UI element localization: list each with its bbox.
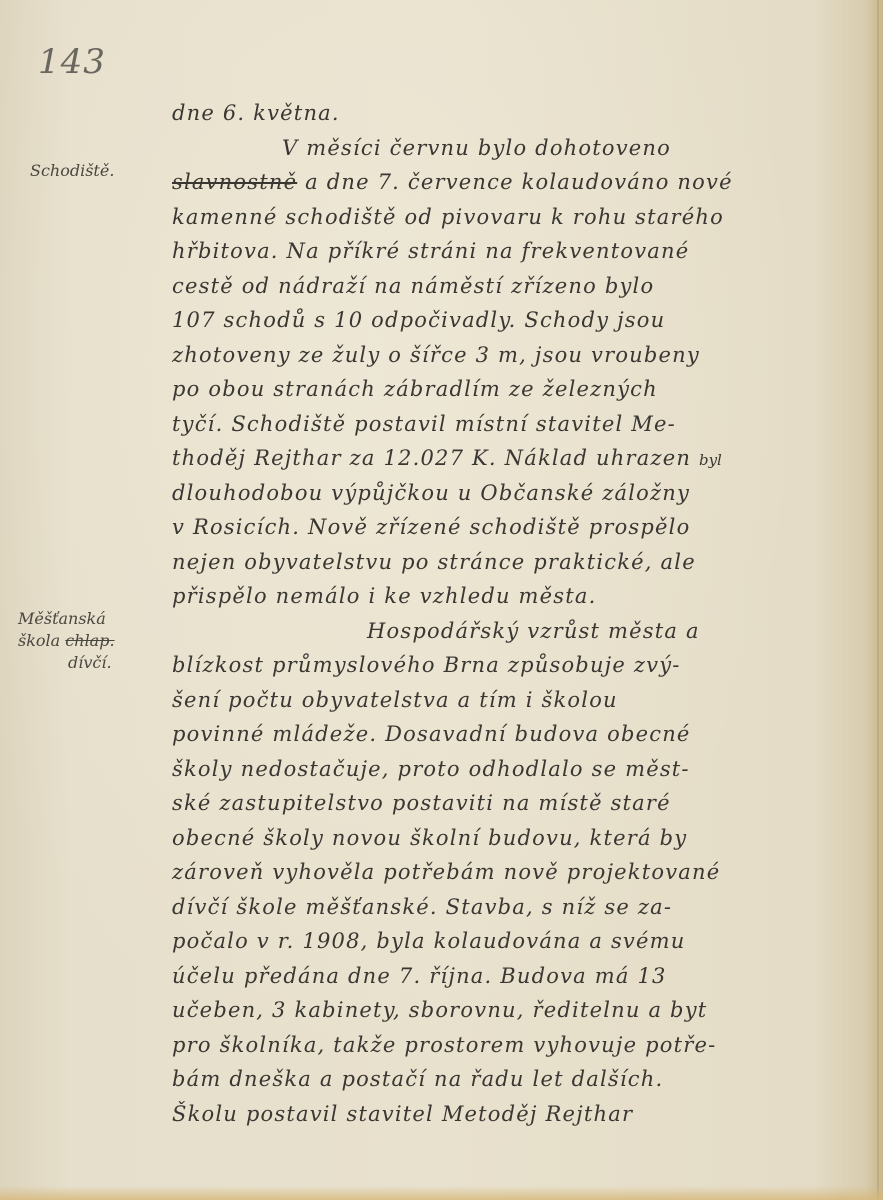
text-line: učeben, 3 kabinety, sborovnu, ředitelnu …	[172, 993, 852, 1028]
text-line: dne 6. května.	[172, 96, 852, 131]
page-edge	[877, 0, 879, 1200]
text-line: slavnostně a dne 7. července kolaudováno…	[172, 165, 852, 200]
struck-word: slavnostně	[172, 170, 297, 194]
text-line: zároveň vyhověla potřebám nově projektov…	[172, 855, 852, 890]
overflow-word: byl	[699, 451, 722, 469]
margin-note-line: Schodiště.	[30, 160, 114, 182]
text-line: školy nedostačuje, proto odhodlalo se mě…	[172, 752, 852, 787]
text-line: V měsíci červnu bylo dohotoveno	[172, 131, 852, 166]
text-line: bám dneška a postačí na řadu let dalších…	[172, 1062, 852, 1097]
margin-note-line: dívčí.	[18, 652, 115, 674]
text-line: hřbitova. Na příkré stráni na frekventov…	[172, 234, 852, 269]
text-line: nejen obyvatelstvu po stránce praktické,…	[172, 545, 852, 580]
text-line: povinné mládeže. Dosavadní budova obecné	[172, 717, 852, 752]
margin-note-line: Měšťanská	[18, 608, 115, 630]
margin-note-staircase: Schodiště.	[30, 160, 114, 182]
text-line: počalo v r. 1908, byla kolaudována a své…	[172, 924, 852, 959]
text-line: Hospodářský vzrůst města a	[172, 614, 852, 649]
text-line: v Rosicích. Nově zřízené schodiště prosp…	[172, 510, 852, 545]
text-line: pro školníka, takže prostorem vyhovuje p…	[172, 1028, 852, 1063]
text-line: účelu předána dne 7. října. Budova má 13	[172, 959, 852, 994]
text-line: zhotoveny ze žuly o šířce 3 m, jsou vrou…	[172, 338, 852, 373]
text-line: kamenné schodiště od pivovaru k rohu sta…	[172, 200, 852, 235]
text-line: thoděj Rejthar za 12.027 K. Náklad uhraz…	[172, 441, 852, 476]
manuscript-page: 143 Schodiště. Měšťanská škola chlap. dí…	[0, 0, 883, 1200]
text-line: ské zastupitelstvo postaviti na místě st…	[172, 786, 852, 821]
text-line: Školu postavil stavitel Metoděj Rejthar	[172, 1097, 852, 1132]
text-line: cestě od nádraží na náměstí zřízeno bylo	[172, 269, 852, 304]
text-line: šení počtu obyvatelstva a tím i školou	[172, 683, 852, 718]
page-number: 143	[38, 42, 106, 82]
margin-note-line: škola chlap.	[18, 630, 115, 652]
text-line: dlouhodobou výpůjčkou u Občanské záložny	[172, 476, 852, 511]
text-line: přispělo nemálo i ke vzhledu města.	[172, 579, 852, 614]
text-line: blízkost průmyslového Brna způsobuje zvý…	[172, 648, 852, 683]
struck-word: chlap.	[65, 631, 114, 650]
text-line: tyčí. Schodiště postavil místní stavitel…	[172, 407, 852, 442]
text-line: 107 schodů s 10 odpočivadly. Schody jsou	[172, 303, 852, 338]
margin-note-school: Měšťanská škola chlap. dívčí.	[18, 608, 115, 674]
text-line: obecné školy novou školní budovu, která …	[172, 821, 852, 856]
text-line: po obou stranách zábradlím ze železných	[172, 372, 852, 407]
body-text: dne 6. května. V měsíci červnu bylo doho…	[172, 96, 852, 1131]
text-line: dívčí škole měšťanské. Stavba, s níž se …	[172, 890, 852, 925]
